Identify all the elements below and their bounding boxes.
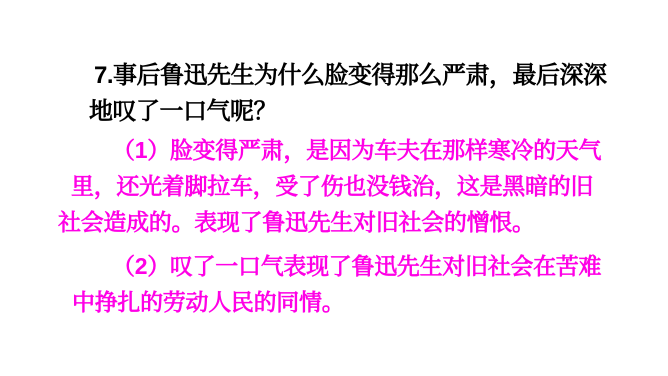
answer-2-line-2: 中挣扎的劳动人民的同情。 <box>72 291 344 314</box>
answer-1-line-3: 社会造成的。表现了鲁迅先生对旧社会的憎恨。 <box>58 211 535 234</box>
question-line-2: 地叹了一口气呢？ <box>89 100 277 124</box>
presentation-slide: 7.事后鲁迅先生为什么脸变得那么严肃，最后深深 地叹了一口气呢？ （1）脸变得严… <box>0 0 668 376</box>
answer-2-line-1: （2）叹了一口气表现了鲁迅先生对旧社会在苦难 <box>112 255 601 278</box>
answer-1-line-2: 里，还光着脚拉车，受了伤也没钱治，这是黑暗的旧 <box>71 175 593 198</box>
answer-1-line-1: （1）脸变得严肃，是因为车夫在那样寒冷的天气 <box>112 139 601 162</box>
question-line-1: 7.事后鲁迅先生为什么脸变得那么严肃，最后深深 <box>94 64 607 88</box>
